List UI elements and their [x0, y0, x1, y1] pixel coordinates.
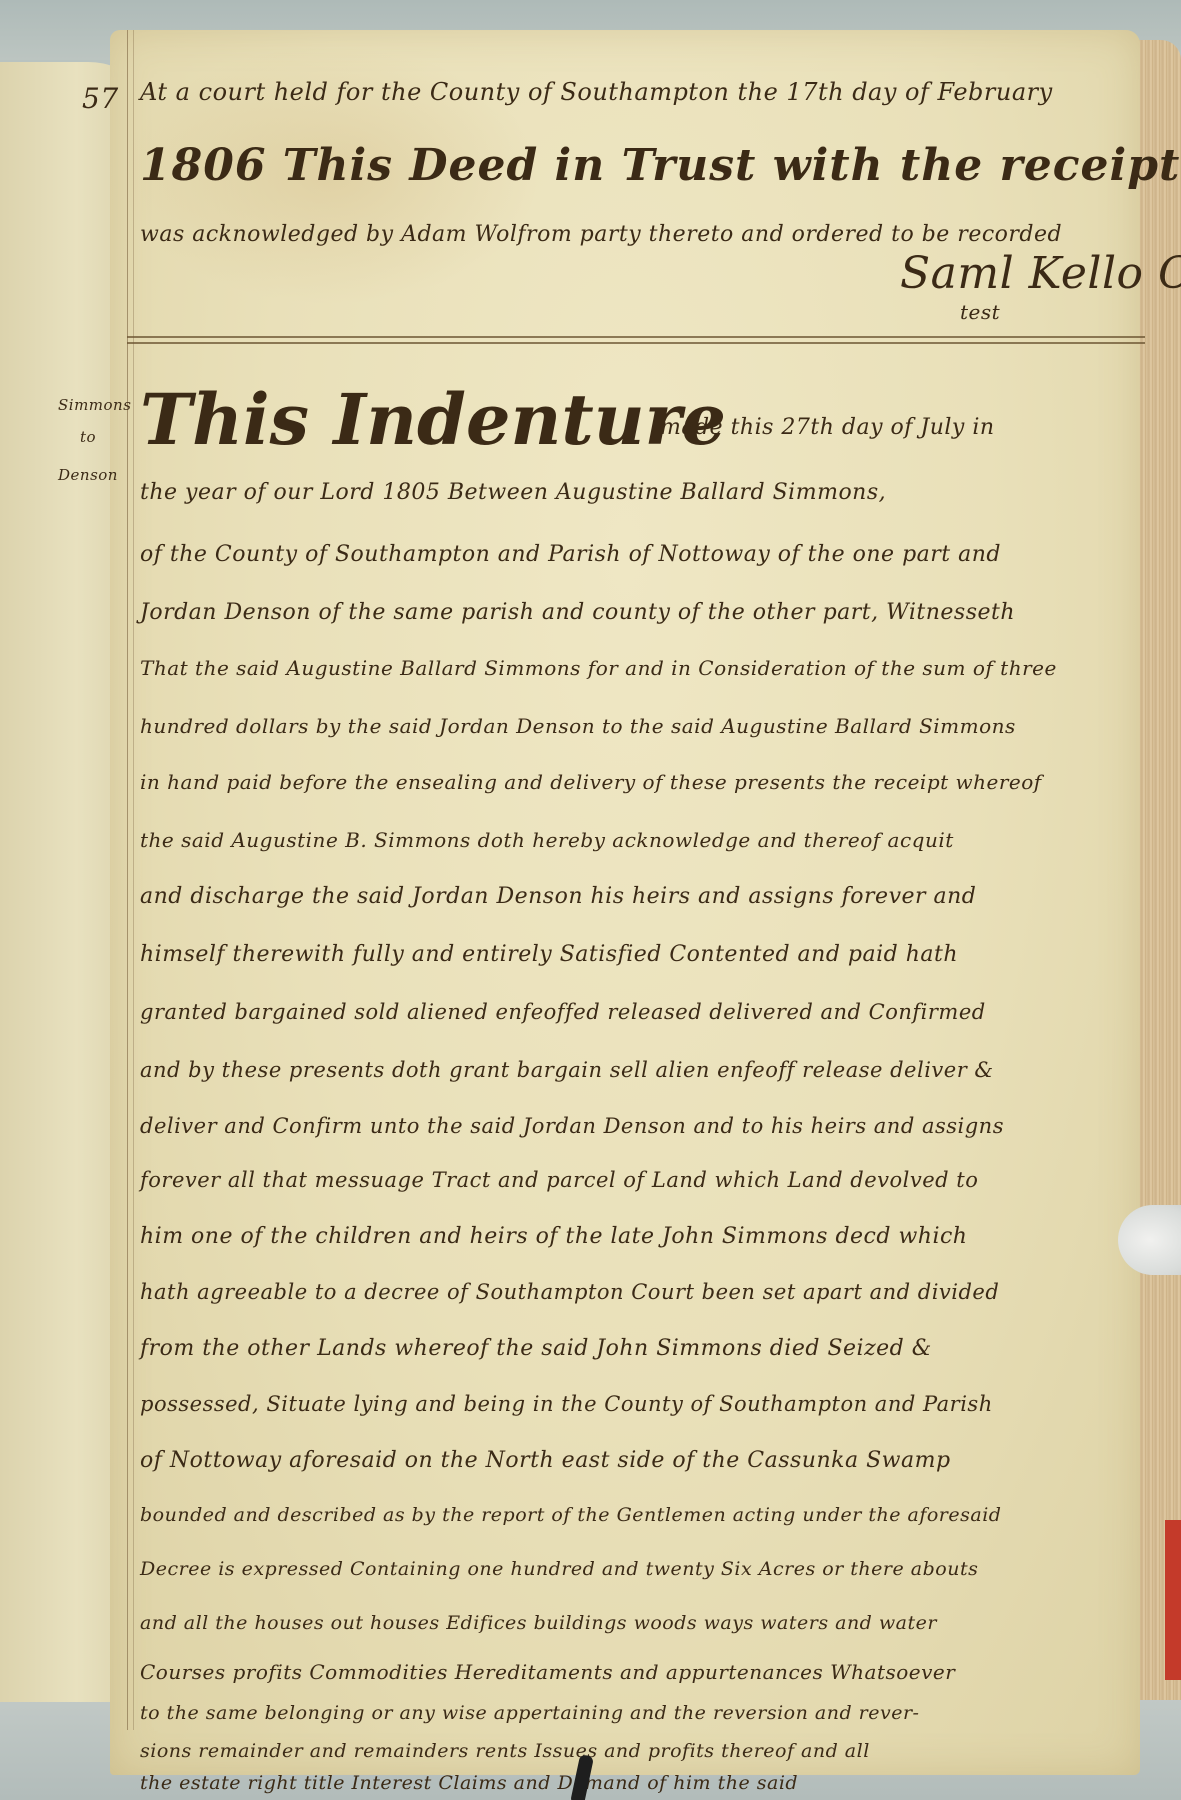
indenture-line-12: and by these presents doth grant bargain…: [140, 1058, 994, 1082]
indenture-line-22: and all the houses out houses Edifices b…: [140, 1612, 937, 1634]
page-number: 57: [82, 82, 119, 115]
margin-rule-inner: [133, 30, 134, 1730]
facing-page-edge: [0, 62, 128, 1702]
indenture-line-5: That the said Augustine Ballard Simmons …: [140, 656, 1057, 680]
indenture-line-18: possessed, Situate lying and being in th…: [140, 1392, 993, 1416]
court-entry-line-2: 1806 This Deed in Trust with the receipt…: [140, 140, 1181, 191]
clerk-signature: Saml Kello C: [900, 248, 1181, 299]
red-page-edge: [1165, 1520, 1181, 1680]
indenture-line-3: of the County of Southampton and Parish …: [140, 542, 1001, 567]
indenture-line-16: hath agreeable to a decree of Southampto…: [140, 1280, 999, 1304]
entry-divider-top: [127, 336, 1145, 338]
gloved-thumb: [1118, 1205, 1181, 1275]
clerk-signature-flourish: test: [960, 300, 1000, 324]
indenture-line-7: in hand paid before the ensealing and de…: [140, 770, 1042, 794]
indenture-line-25: sions remainder and remainders rents Iss…: [140, 1740, 870, 1762]
indenture-line-17: from the other Lands whereof the said Jo…: [140, 1336, 932, 1361]
indenture-line-23: Courses profits Commodities Hereditament…: [140, 1660, 955, 1684]
indenture-line-13: deliver and Confirm unto the said Jordan…: [140, 1114, 1004, 1138]
indenture-line-21: Decree is expressed Containing one hundr…: [140, 1558, 978, 1580]
court-entry-line-3: was acknowledged by Adam Wolfrom party t…: [140, 222, 1062, 247]
indenture-line-8: the said Augustine B. Simmons doth hereb…: [140, 828, 954, 852]
indenture-line-15: him one of the children and heirs of the…: [140, 1224, 967, 1249]
indenture-line-1: made this 27th day of July in: [660, 415, 995, 440]
indenture-line-6: hundred dollars by the said Jordan Denso…: [140, 714, 1016, 738]
entry-divider-bottom: [127, 342, 1145, 344]
margin-note-grantee: Denson: [58, 466, 118, 484]
indenture-line-26: the estate right title Interest Claims a…: [140, 1772, 798, 1794]
indenture-line-4: Jordan Denson of the same parish and cou…: [140, 600, 1015, 625]
indenture-line-9: and discharge the said Jordan Denson his…: [140, 884, 976, 909]
indenture-heading: This Indenture: [140, 378, 726, 461]
indenture-line-11: granted bargained sold aliened enfeoffed…: [140, 1000, 986, 1024]
indenture-line-14: forever all that messuage Tract and parc…: [140, 1168, 978, 1192]
indenture-line-20: bounded and described as by the report o…: [140, 1504, 1001, 1526]
indenture-line-2: the year of our Lord 1805 Between August…: [140, 480, 886, 505]
indenture-line-19: of Nottoway aforesaid on the North east …: [140, 1448, 951, 1473]
indenture-line-24: to the same belonging or any wise appert…: [140, 1702, 919, 1724]
indenture-line-10: himself therewith fully and entirely Sat…: [140, 942, 958, 967]
margin-note-to: to: [80, 428, 96, 446]
court-entry-line-1: At a court held for the County of Southa…: [140, 78, 1053, 106]
margin-note-grantor: Simmons: [58, 396, 131, 414]
margin-rule: [127, 30, 128, 1730]
